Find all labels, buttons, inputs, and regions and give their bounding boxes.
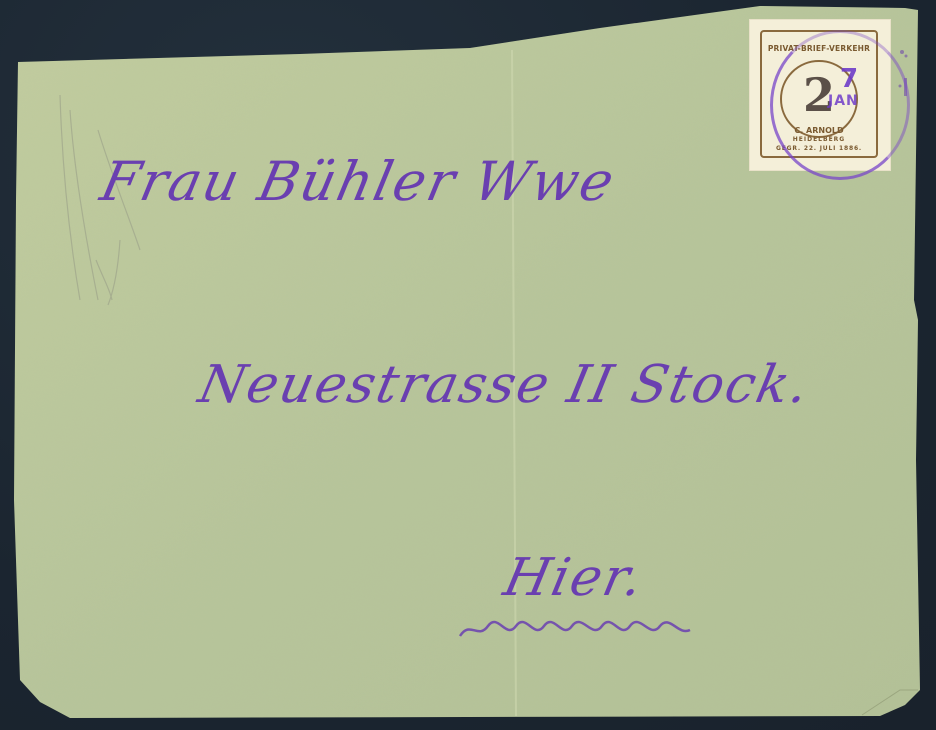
postmark-day: 7 <box>840 64 858 94</box>
address-line-street: Neuestrasse II Stock. <box>194 355 816 415</box>
address-line-city: Hier. <box>499 548 650 608</box>
postmark-month: JAN <box>828 93 859 109</box>
address-line-recipient: Frau Bühler Wwe <box>95 150 621 213</box>
envelope: Frau Bühler Wwe Neuestrasse II Stock. Hi… <box>0 0 936 730</box>
